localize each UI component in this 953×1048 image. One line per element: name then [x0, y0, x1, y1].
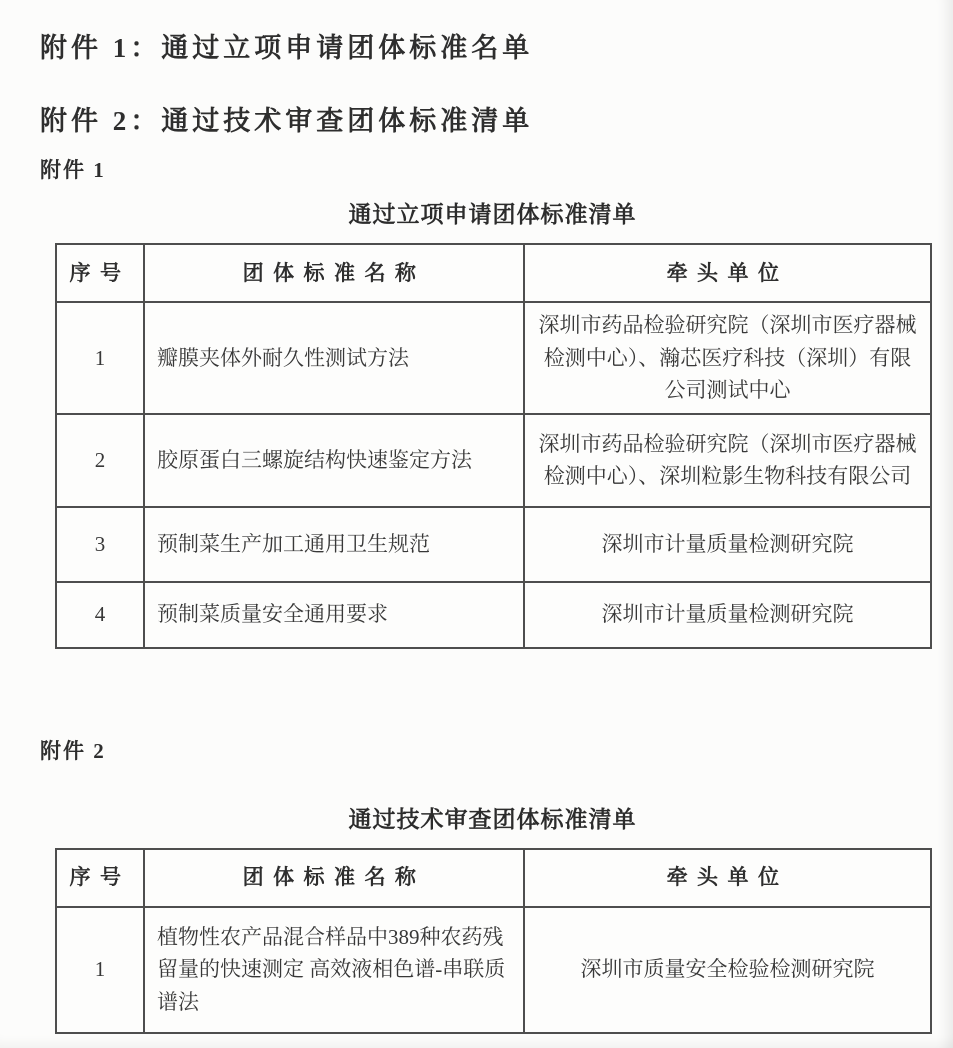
table-row: 1 瓣膜夹体外耐久性测试方法 深圳市药品检验研究院（深圳市医疗器械检测中心）、瀚… [56, 302, 931, 414]
standard-name-cell: 预制菜质量安全通用要求 [144, 582, 524, 648]
table-row: 4 预制菜质量安全通用要求 深圳市计量质量检测研究院 [56, 582, 931, 648]
serial-no-cell: 1 [56, 907, 144, 1033]
attachment-2-label: 附件 2 [40, 735, 929, 765]
column-header-serial-no: 序号 [56, 244, 144, 302]
table-row: 1 植物性农产品混合样品中389种农药残留量的快速测定 高效液相色谱-串联质谱法… [56, 907, 931, 1033]
table-row: 2 胶原蛋白三螺旋结构快速鉴定方法 深圳市药品检验研究院（深圳市医疗器械检测中心… [56, 414, 931, 507]
column-header-serial-no: 序号 [56, 849, 144, 907]
attachment-1-table-title: 通过立项申请团体标准清单 [55, 196, 930, 229]
attachment-1-section: 附件 1 通过立项申请团体标准清单 序号 团体标准名称 牵头单位 1 瓣膜夹体外… [40, 154, 929, 649]
standard-name-cell: 预制菜生产加工通用卫生规范 [144, 507, 524, 582]
standard-name-cell: 植物性农产品混合样品中389种农药残留量的快速测定 高效液相色谱-串联质谱法 [144, 907, 524, 1033]
attachment-2-table-title: 通过技术审查团体标准清单 [55, 801, 930, 834]
approved-project-application-table: 序号 团体标准名称 牵头单位 1 瓣膜夹体外耐久性测试方法 深圳市药品检验研究院… [55, 243, 932, 649]
lead-unit-cell: 深圳市质量安全检验检测研究院 [524, 907, 931, 1033]
serial-no-cell: 3 [56, 507, 144, 582]
attachment-ref-line-1: 附件 1：通过立项申请团体标准名单 [40, 26, 929, 65]
column-header-standard-name: 团体标准名称 [144, 849, 524, 907]
attachment-2-section: 附件 2 通过技术审查团体标准清单 序号 团体标准名称 牵头单位 1 植物性农产… [40, 735, 929, 1034]
column-header-lead-unit: 牵头单位 [524, 849, 931, 907]
lead-unit-cell: 深圳市计量质量检测研究院 [524, 507, 931, 582]
serial-no-cell: 1 [56, 302, 144, 414]
standard-name-cell: 瓣膜夹体外耐久性测试方法 [144, 302, 524, 414]
table-header-row: 序号 团体标准名称 牵头单位 [56, 849, 931, 907]
document-page: 附件 1：通过立项申请团体标准名单 附件 2：通过技术审查团体标准清单 附件 1… [0, 0, 953, 1048]
attachment-1-label: 附件 1 [40, 154, 929, 184]
table-row: 3 预制菜生产加工通用卫生规范 深圳市计量质量检测研究院 [56, 507, 931, 582]
passed-technical-review-table: 序号 团体标准名称 牵头单位 1 植物性农产品混合样品中389种农药残留量的快速… [55, 848, 932, 1034]
standard-name-cell: 胶原蛋白三螺旋结构快速鉴定方法 [144, 414, 524, 507]
lead-unit-cell: 深圳市药品检验研究院（深圳市医疗器械检测中心）、深圳粒影生物科技有限公司 [524, 414, 931, 507]
serial-no-cell: 2 [56, 414, 144, 507]
column-header-standard-name: 团体标准名称 [144, 244, 524, 302]
lead-unit-cell: 深圳市计量质量检测研究院 [524, 582, 931, 648]
serial-no-cell: 4 [56, 582, 144, 648]
table-header-row: 序号 团体标准名称 牵头单位 [56, 244, 931, 302]
lead-unit-cell: 深圳市药品检验研究院（深圳市医疗器械检测中心）、瀚芯医疗科技（深圳）有限公司测试… [524, 302, 931, 414]
attachment-ref-line-2: 附件 2：通过技术审查团体标准清单 [40, 99, 929, 138]
column-header-lead-unit: 牵头单位 [524, 244, 931, 302]
